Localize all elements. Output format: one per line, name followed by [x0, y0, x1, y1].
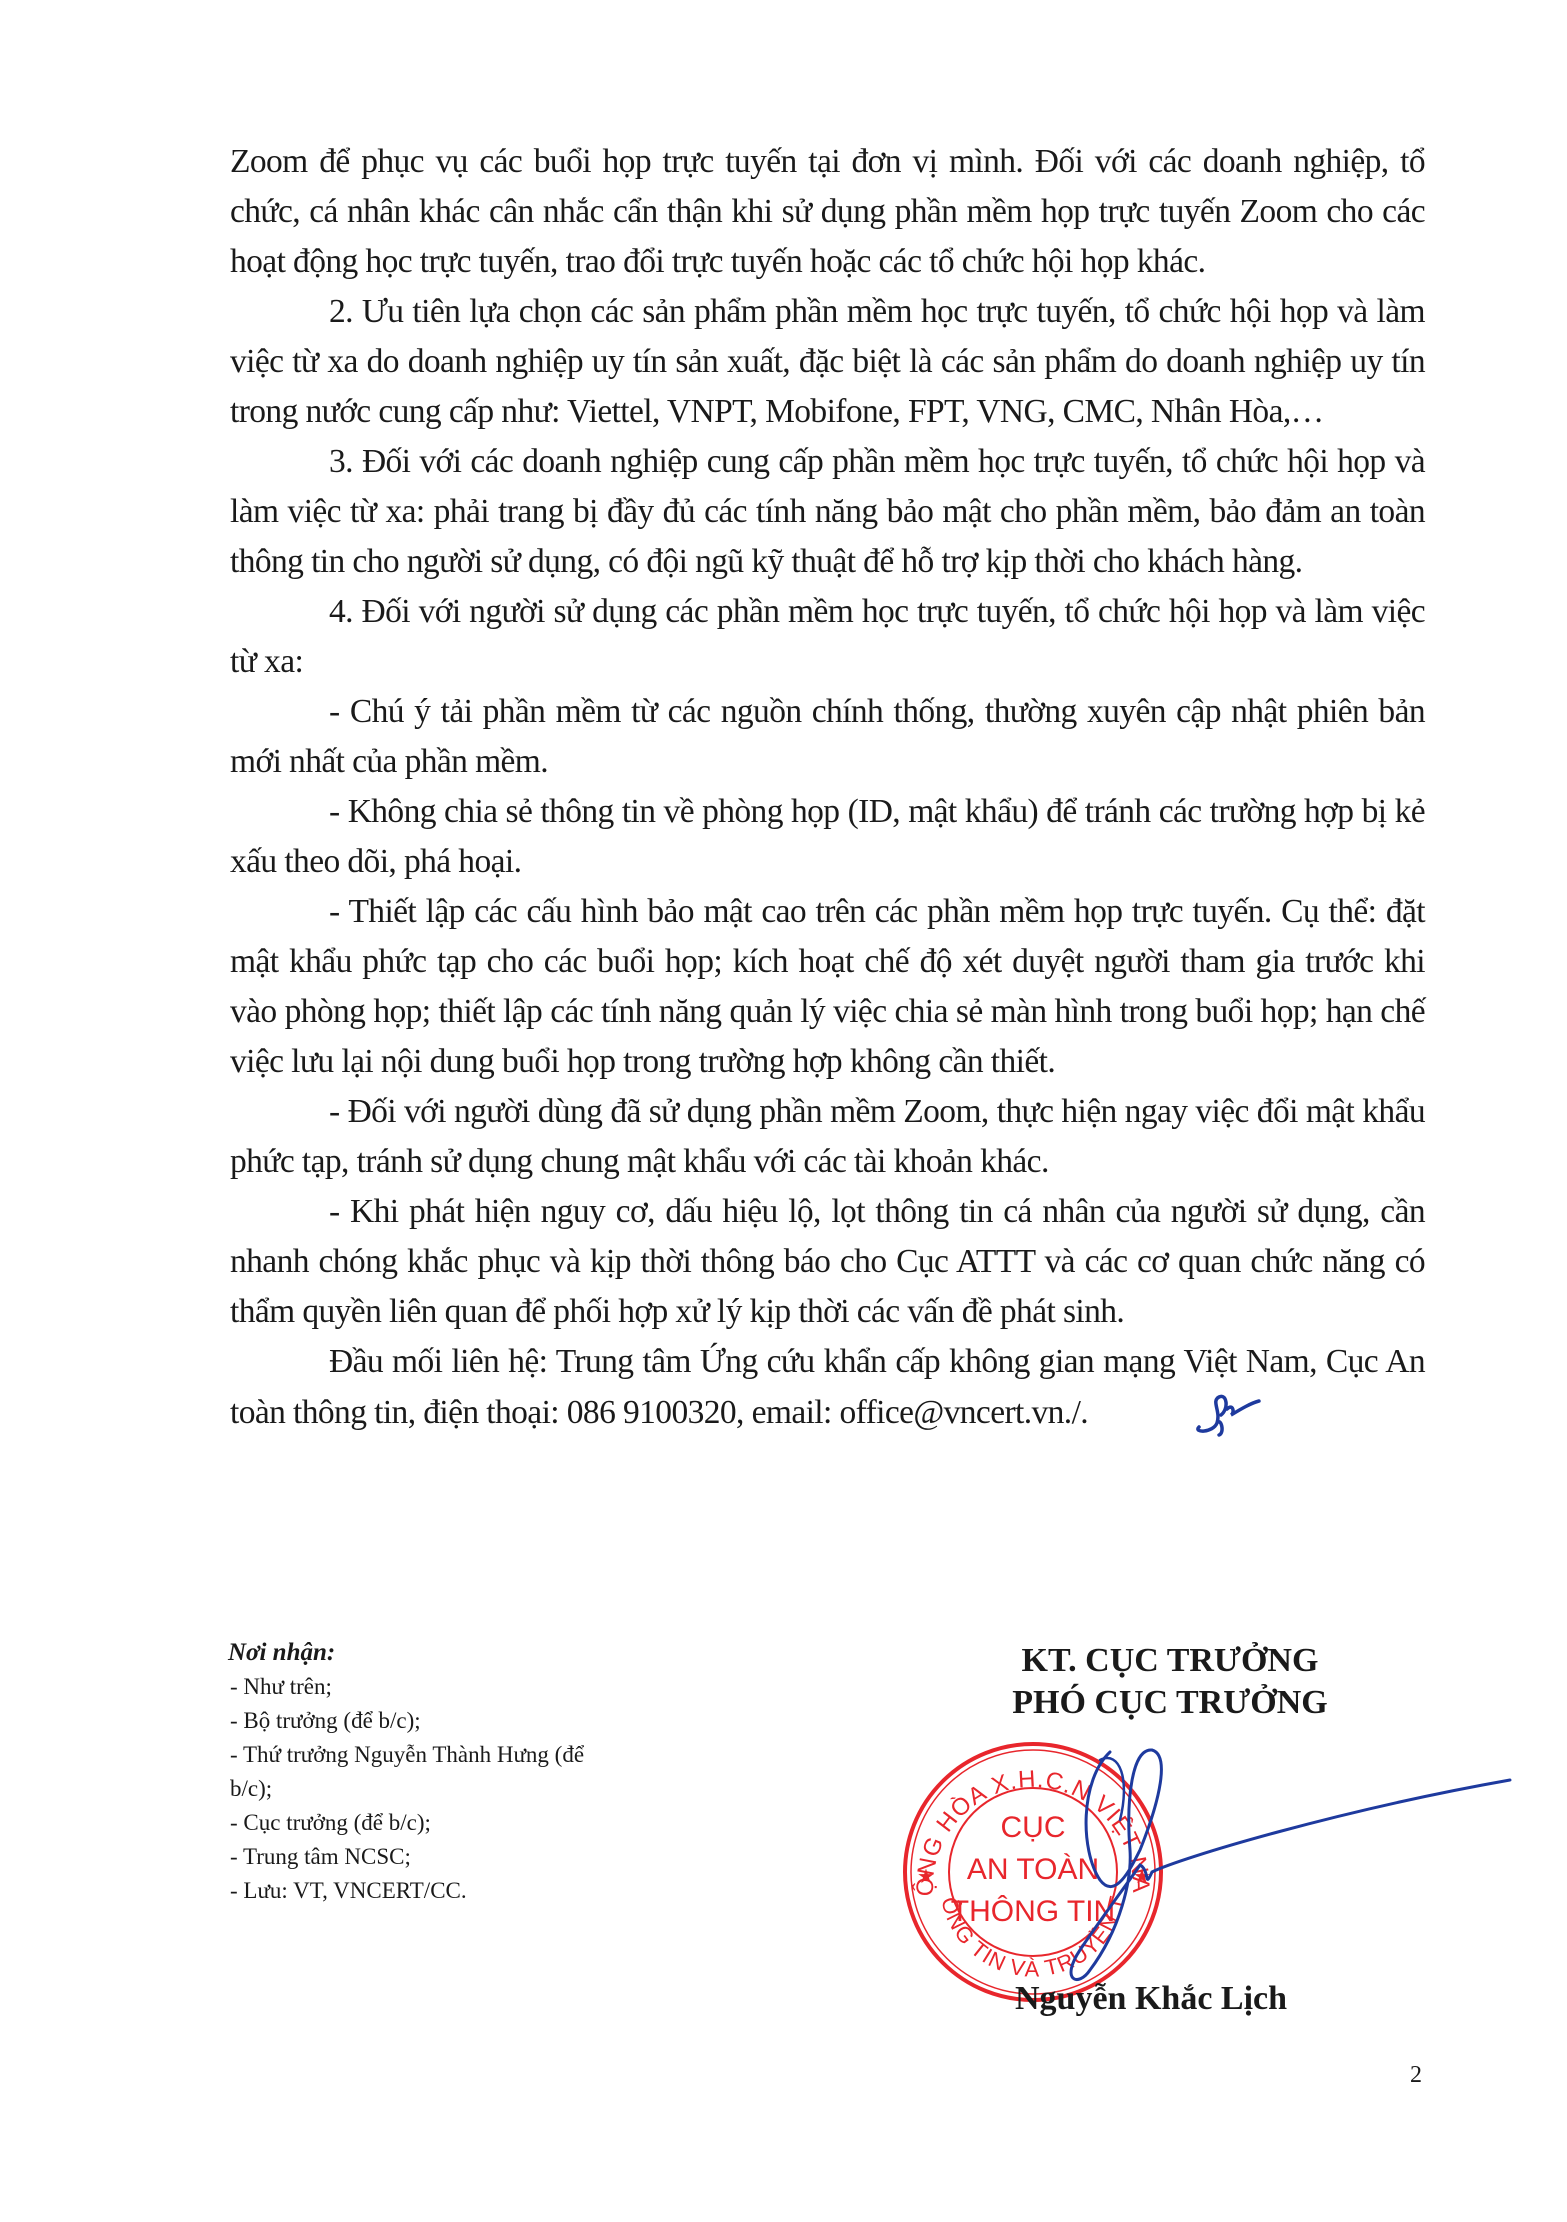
recipients-list: Nơi nhận: - Như trên; - Bộ trưởng (để b/… [228, 1638, 628, 1908]
signature-title: KT. CỤC TRƯỞNG PHÓ CỤC TRƯỞNG [960, 1640, 1380, 1724]
document-body: Zoom để phục vụ các buổi họp trực tuyến … [230, 137, 1425, 1452]
signature-title-line1: KT. CỤC TRƯỞNG [960, 1640, 1380, 1682]
initials-signature-icon [1092, 1387, 1261, 1452]
svg-text:★: ★ [917, 1864, 935, 1888]
recipient-item: - Bộ trưởng (để b/c); [230, 1704, 628, 1738]
paragraph: - Khi phát hiện nguy cơ, dấu hiệu lộ, lọ… [230, 1187, 1425, 1337]
paragraph: 2. Ưu tiên lựa chọn các sản phẩm phần mề… [230, 287, 1425, 437]
signer-name: Nguyễn Khắc Lịch [1015, 1980, 1287, 2018]
recipient-item: - Cục trưởng (để b/c); [230, 1806, 628, 1840]
handwritten-signature-icon [1040, 1740, 1520, 1990]
recipients-title: Nơi nhận: [228, 1638, 628, 1668]
recipient-item: - Trung tâm NCSC; [230, 1840, 628, 1874]
signature-title-line2: PHÓ CỤC TRƯỞNG [960, 1682, 1380, 1724]
paragraph: - Không chia sẻ thông tin về phòng họp (… [230, 787, 1425, 887]
recipient-item: - Như trên; [230, 1670, 628, 1704]
paragraph: Zoom để phục vụ các buổi họp trực tuyến … [230, 137, 1425, 287]
paragraph: - Chú ý tải phần mềm từ các nguồn chính … [230, 687, 1425, 787]
page-number: 2 [1410, 2062, 1422, 2089]
paragraph: 4. Đối với người sử dụng các phần mềm họ… [230, 587, 1425, 687]
recipient-item: - Thứ trưởng Nguyễn Thành Hưng (để b/c); [230, 1738, 628, 1806]
paragraph: - Thiết lập các cấu hình bảo mật cao trê… [230, 887, 1425, 1087]
recipient-item: - Lưu: VT, VNCERT/CC. [230, 1874, 628, 1908]
paragraph: 3. Đối với các doanh nghiệp cung cấp phầ… [230, 437, 1425, 587]
contact-paragraph: Đầu mối liên hệ: Trung tâm Ứng cứu khẩn … [230, 1337, 1425, 1452]
paragraph: - Đối với người dùng đã sử dụng phần mềm… [230, 1087, 1425, 1187]
